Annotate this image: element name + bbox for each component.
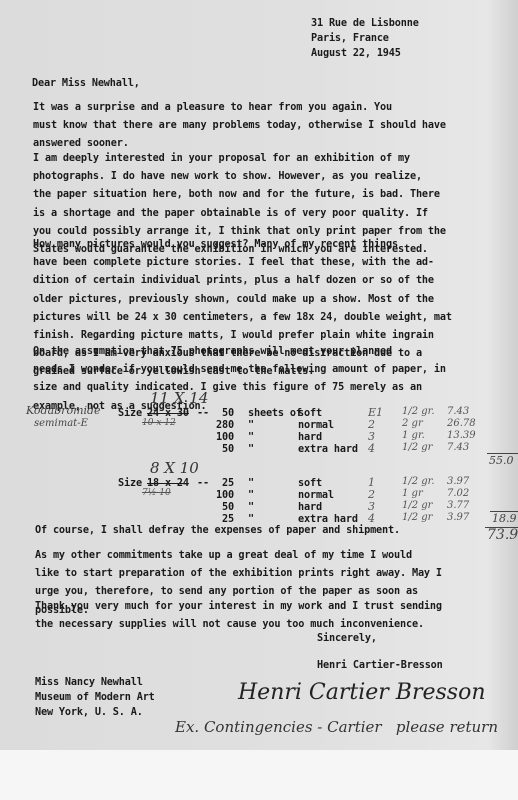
- paper-price: 3.97: [447, 476, 469, 487]
- paper-price: 26.78: [447, 418, 476, 429]
- paper-unit: sheets of: [248, 405, 302, 423]
- paper-price: 7.43: [447, 406, 469, 417]
- recipient-city: New York, U. S. A.: [35, 704, 143, 722]
- paper-grade: extra hard: [298, 441, 358, 459]
- paragraph-expenses: Of course, I shall defray the expenses o…: [35, 522, 400, 540]
- paper-weight: 1/2 gr.: [402, 406, 435, 417]
- paper-unit: ": [248, 441, 254, 459]
- subtotal-large-size: 55.0: [489, 454, 514, 467]
- salutation: Dear Miss Newhall,: [32, 75, 140, 93]
- dash: --: [197, 475, 209, 493]
- paragraph-1: It was a surprise and a pleasure to hear…: [33, 99, 473, 154]
- handwritten-alt-size-struck: 10 x 12: [142, 418, 176, 428]
- paper-weight: 1 gr: [402, 488, 423, 499]
- page-margin-bottom: [0, 750, 518, 800]
- size-label: Size: [118, 405, 142, 423]
- dash: --: [197, 405, 209, 423]
- paper-weight: 1/2 gr: [402, 442, 432, 453]
- margin-note-line-1: Kodabromide: [26, 404, 101, 417]
- paper-price: 3.97: [447, 512, 469, 523]
- paragraph-6: Thank you very much for your interest in…: [35, 598, 475, 634]
- paper-price: 7.02: [447, 488, 469, 499]
- paper-price: 13.39: [447, 430, 476, 441]
- paper-qty: 50: [212, 441, 234, 459]
- size-label: Size: [118, 475, 142, 493]
- paper-price: 3.77: [447, 500, 469, 511]
- handwritten-alt-size-struck: 7½ 10: [142, 488, 171, 498]
- paper-weight: 2 gr: [402, 418, 423, 429]
- paper-weight: 1/2 gr: [402, 500, 432, 511]
- letter-date: August 22, 1945: [311, 45, 401, 63]
- paper-weight: 1 gr.: [402, 430, 425, 441]
- paper-grade-number: 4: [368, 442, 375, 455]
- paper-price: 7.43: [447, 442, 469, 453]
- closing: Sincerely,: [317, 630, 377, 648]
- grand-total: 73.9: [487, 527, 518, 543]
- margin-note-line-2: semimat-E: [34, 418, 88, 429]
- handwritten-bottom-note: Ex. Contingencies - Cartier please retur…: [175, 718, 498, 736]
- paper-weight: 1/2 gr: [402, 512, 432, 523]
- typed-name: Henri Cartier-Bresson: [317, 657, 443, 675]
- subtotal-small-size: 18.9: [492, 512, 517, 525]
- handwritten-signature: Henri Cartier Bresson: [238, 680, 486, 705]
- paper-weight: 1/2 gr.: [402, 476, 435, 487]
